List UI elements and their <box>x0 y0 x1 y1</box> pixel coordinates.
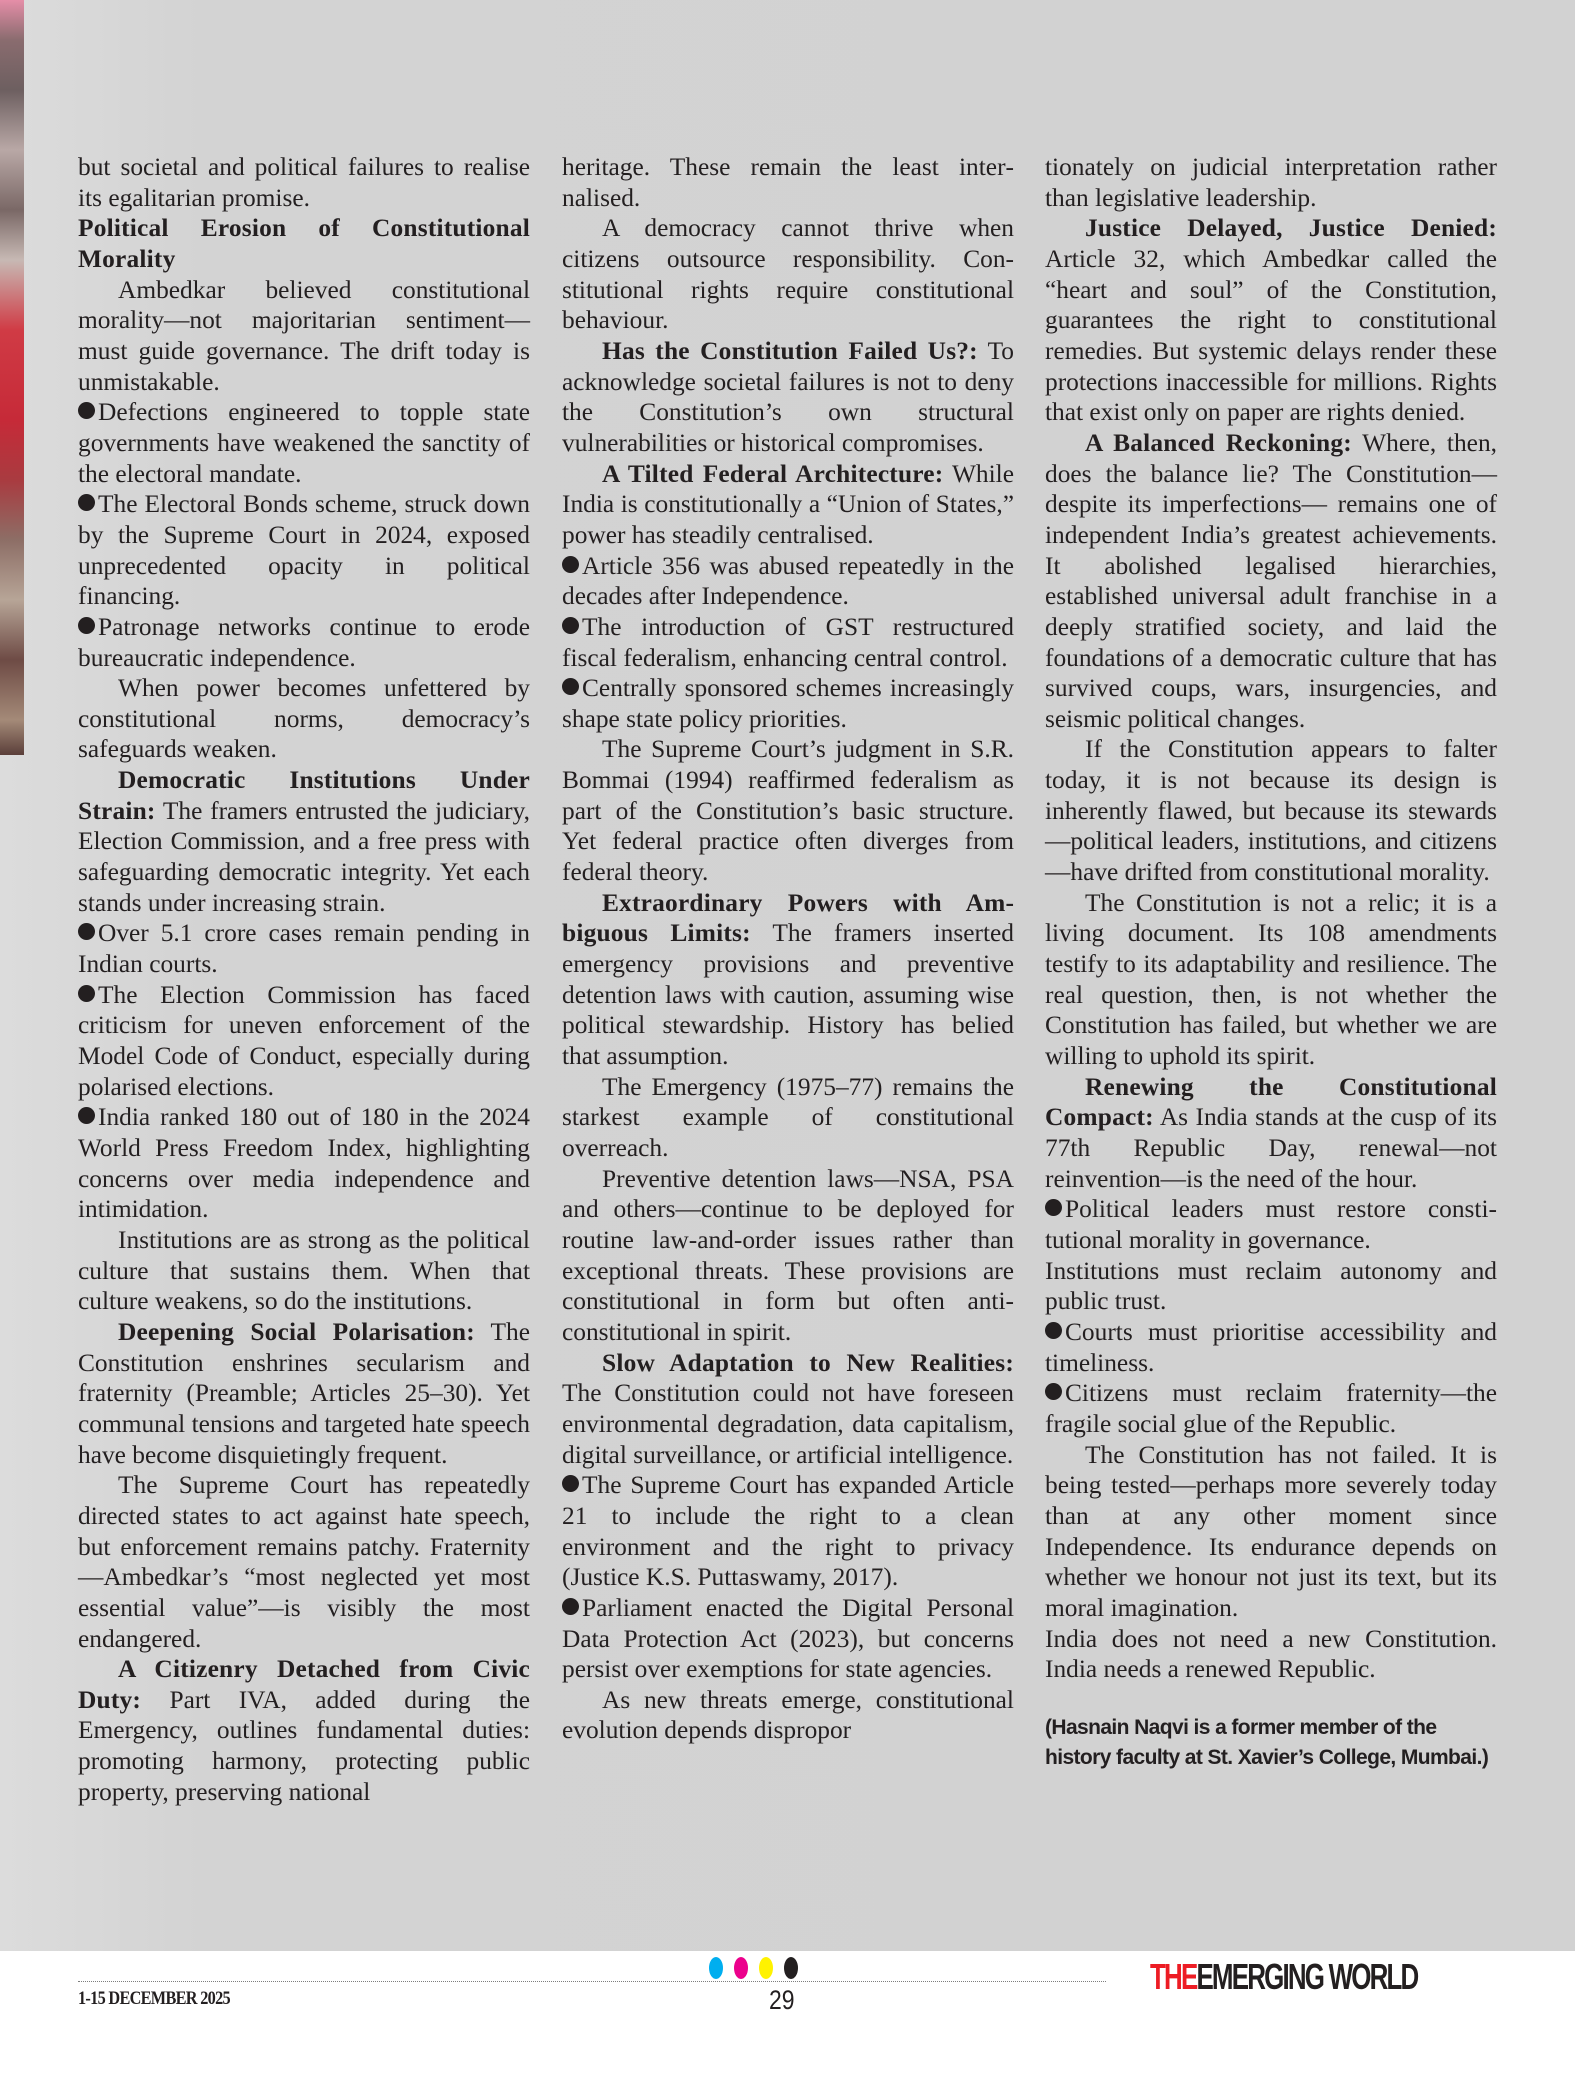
bullet-item: The Supreme Court has expanded Article 2… <box>562 1470 1014 1593</box>
paragraph-text: Political leaders must restore consti­tu… <box>1045 1195 1497 1254</box>
section-paragraph: A Tilted Federal Architecture: While Ind… <box>562 459 1014 551</box>
bullet-dot-icon <box>1045 1383 1062 1400</box>
issue-date: 1-15 DECEMBER 2025 <box>78 1989 230 2010</box>
paragraph: Preventive detention laws—NSA, PSA and o… <box>562 1164 1014 1348</box>
paragraph-text: but societal and political failures to r… <box>78 153 530 212</box>
section-paragraph: A Citizenry Detached from Civic Duty: Pa… <box>78 1654 530 1807</box>
cmyk-registration-marks <box>709 1957 798 1979</box>
paragraph-text: The Supreme Court has expanded Article 2… <box>562 1471 1014 1591</box>
section-paragraph: Renewing the Constitutional Compact: As … <box>1045 1072 1497 1195</box>
article-column-2: heritage. These remain the least inter­n… <box>562 152 1014 1746</box>
section-heading: A Tilted Federal Architecture: <box>602 460 943 488</box>
bullet-dot-icon <box>78 1107 95 1124</box>
section-paragraph: Slow Adaptation to New Reali­ties: The C… <box>562 1348 1014 1471</box>
footer-dotted-rule <box>78 1981 1106 1982</box>
paragraph-text: The Election Commission has faced critic… <box>78 981 530 1101</box>
paragraph: As new threats emerge, constitu­tional e… <box>562 1685 1014 1746</box>
bullet-item: Over 5.1 crore cases remain pending in I… <box>78 918 530 979</box>
bullet-item: Courts must prioritise accessibility and… <box>1045 1317 1497 1378</box>
section-paragraph: Justice Delayed, Justice Denied: Article… <box>1045 213 1497 428</box>
paragraph-text: India ranked 180 out of 180 in the 2024 … <box>78 1103 530 1223</box>
cyan-dot-icon <box>709 1957 723 1979</box>
paragraph-text: The Constitution is not a relic; it is a… <box>1045 889 1497 1070</box>
paragraph-text: The Supreme Court has repeat­edly direct… <box>78 1471 530 1652</box>
paragraph-text: Article 356 was abused repeatedly in the… <box>562 552 1014 611</box>
paragraph-text: Defections engineered to topple state go… <box>78 398 530 487</box>
bullet-dot-icon <box>78 985 95 1002</box>
paragraph: The Emergency (1975–77) remains the star… <box>562 1072 1014 1164</box>
paragraph-text: A democracy cannot thrive when citizens … <box>562 214 1014 334</box>
paragraph: When power becomes unfettered by constit… <box>78 673 530 765</box>
paragraph-text: Where, then, does the balance lie? The C… <box>1045 429 1497 733</box>
author-byline: (Hasnain Naqvi is a former member of the… <box>1045 1713 1497 1773</box>
bullet-item: The introduction of GST restructured fis… <box>562 612 1014 673</box>
section-paragraph: Has the Constitution Failed Us?: To ackn… <box>562 336 1014 459</box>
paragraph: Institutions must reclaim autonomy and p… <box>1045 1256 1497 1317</box>
bullet-item: Citizens must reclaim fraternity—the fra… <box>1045 1378 1497 1439</box>
bullet-dot-icon <box>562 1475 579 1492</box>
paragraph-text: Over 5.1 crore cases remain pending in I… <box>78 919 530 978</box>
bullet-item: Parliament enacted the Digital Per­sonal… <box>562 1593 1014 1685</box>
paragraph: The Supreme Court has repeat­edly direct… <box>78 1470 530 1654</box>
paragraph-text: The Supreme Court’s judgment in S.R. Bom… <box>562 735 1014 886</box>
bullet-item: The Electoral Bonds scheme, struck down … <box>78 489 530 612</box>
bullet-item: India ranked 180 out of 180 in the 2024 … <box>78 1102 530 1225</box>
paragraph-text: Patronage networks continue to erode bur… <box>78 613 530 672</box>
paragraph-text: Institutions are as strong as the politi… <box>78 1226 530 1315</box>
magenta-dot-icon <box>734 1957 748 1979</box>
bullet-dot-icon <box>78 402 95 419</box>
bullet-item: Patronage networks continue to erode bur… <box>78 612 530 673</box>
bullet-item: The Election Commission has faced critic… <box>78 980 530 1103</box>
paragraph-text: The Constitution has not failed. It is b… <box>1045 1441 1497 1622</box>
paragraph: The Constitution is not a relic; it is a… <box>1045 888 1497 1072</box>
section-heading: Political Erosion of Constitutional Mora… <box>78 214 530 273</box>
paragraph-text: The Emergency (1975–77) remains the star… <box>562 1073 1014 1162</box>
paragraph-text: Courts must prioritise accessibility and… <box>1045 1318 1497 1377</box>
bullet-dot-icon <box>562 617 579 634</box>
section-heading: Slow Adaptation to New Reali­ties: <box>602 1349 1014 1377</box>
paragraph: If the Constitution appears to fal­ter t… <box>1045 734 1497 887</box>
section-paragraph: Political Erosion of Constitutional Mora… <box>78 213 530 274</box>
paragraph-text: If the Constitution appears to fal­ter t… <box>1045 735 1497 886</box>
paragraph-text: India does not need a new Constitution. … <box>1045 1625 1497 1684</box>
paragraph-text: The introduction of GST restructured fis… <box>562 613 1014 672</box>
section-heading: Deepening Social Polarisation: <box>118 1318 475 1346</box>
paragraph-text: tionately on judicial interpretation rat… <box>1045 153 1497 212</box>
paragraph-text: Preventive detention laws—NSA, PSA and o… <box>562 1165 1014 1346</box>
logo-emerging-world: EMERGING WORLD <box>1196 1956 1417 1997</box>
paragraph: Institutions are as strong as the politi… <box>78 1225 530 1317</box>
bullet-dot-icon <box>562 1598 579 1615</box>
section-heading: A Balanced Reckoning: <box>1085 429 1352 457</box>
black-dot-icon <box>784 1957 798 1979</box>
paragraph-text: As new threats emerge, constitu­tional e… <box>562 1686 1014 1745</box>
paragraph-text: Citizens must reclaim fraternity—the fra… <box>1045 1379 1497 1438</box>
adjacent-page-photo-strip <box>0 0 24 755</box>
section-paragraph: Extraordinary Powers with Am­biguous Lim… <box>562 888 1014 1072</box>
paragraph: The Supreme Court’s judgment in S.R. Bom… <box>562 734 1014 887</box>
paragraph: Ambedkar believed constitution­al morali… <box>78 275 530 398</box>
paragraph-text: Parliament enacted the Digital Per­sonal… <box>562 1594 1014 1683</box>
paragraph-text: Ambedkar believed constitution­al morali… <box>78 276 530 396</box>
bullet-dot-icon <box>78 494 95 511</box>
paragraph: A democracy cannot thrive when citizens … <box>562 213 1014 336</box>
bullet-dot-icon <box>1045 1199 1062 1216</box>
article-column-3: tionately on judicial interpretation rat… <box>1045 152 1497 1773</box>
yellow-dot-icon <box>759 1957 773 1979</box>
section-heading: Has the Constitution Failed Us?: <box>602 337 978 365</box>
section-heading: Justice Delayed, Justice Denied: <box>1085 214 1497 242</box>
article-column-1: but societal and political failures to r… <box>78 152 530 1807</box>
section-paragraph: Democratic Institutions Under Strain: Th… <box>78 765 530 918</box>
bullet-item: Centrally sponsored schemes in­creasingl… <box>562 673 1014 734</box>
paragraph-text: heritage. These remain the least inter­n… <box>562 153 1014 212</box>
paragraph: but societal and political failures to r… <box>78 152 530 213</box>
paragraph: The Constitution has not failed. It is b… <box>1045 1440 1497 1624</box>
paragraph: heritage. These remain the least inter­n… <box>562 152 1014 213</box>
paragraph-text: Institutions must reclaim autonomy and p… <box>1045 1257 1497 1316</box>
paragraph: India does not need a new Constitution. … <box>1045 1624 1497 1685</box>
paragraph-text: When power becomes unfettered by constit… <box>78 674 530 763</box>
page-number: 29 <box>769 1985 795 2016</box>
paragraph-text: Part IVA, added during the Emergency, ou… <box>78 1686 530 1806</box>
bullet-dot-icon <box>78 617 95 634</box>
bullet-dot-icon <box>562 556 579 573</box>
bullet-item: Political leaders must restore consti­tu… <box>1045 1194 1497 1255</box>
section-paragraph: A Balanced Reckoning: Where, then, does … <box>1045 428 1497 735</box>
paragraph-text: Centrally sponsored schemes in­creasingl… <box>562 674 1014 733</box>
bullet-dot-icon <box>78 923 95 940</box>
bullet-item: Defections engineered to topple state go… <box>78 397 530 489</box>
bullet-dot-icon <box>1045 1322 1062 1339</box>
logo-the: THE <box>1150 1956 1196 1997</box>
paragraph: tionately on judicial interpretation rat… <box>1045 152 1497 213</box>
bullet-item: Article 356 was abused repeatedly in the… <box>562 551 1014 612</box>
section-paragraph: Deepening Social Polarisation: The Const… <box>78 1317 530 1470</box>
paragraph-text: The Electoral Bonds scheme, struck down … <box>78 490 530 610</box>
publication-logo: THEEMERGING WORLD <box>1150 1958 1417 1996</box>
paragraph-text: The Constitution could not have foreseen… <box>562 1379 1014 1468</box>
bullet-dot-icon <box>562 678 579 695</box>
paragraph-text: Article 32, which Ambedkar called the “h… <box>1045 245 1497 426</box>
